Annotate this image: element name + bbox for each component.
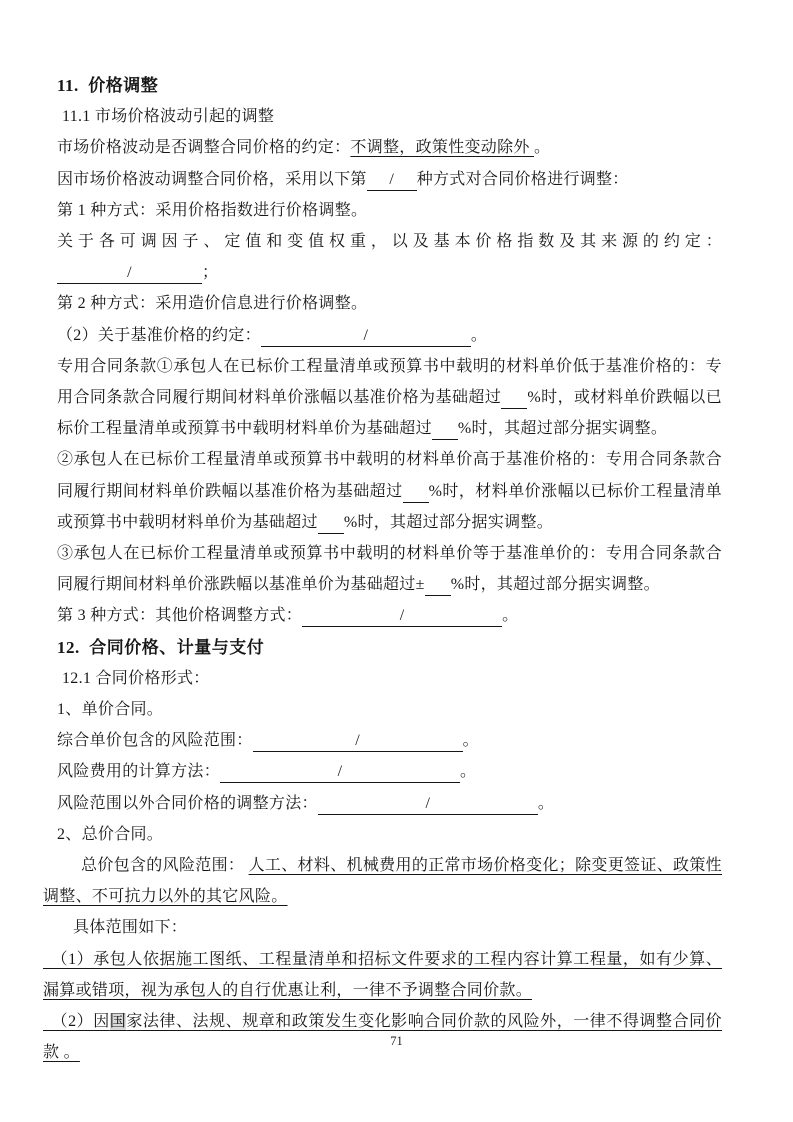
subheading-12-1: 12.1 合同价格形式： bbox=[57, 663, 722, 694]
para-specific-scope-item-1: （1）承包人依据施工图纸、工程量清单和招标文件要求的工程内容计算工程量，如有少算… bbox=[43, 944, 722, 1006]
para-text: %时，其超过部分据实调整。 bbox=[344, 514, 553, 531]
para-unit-price-contract: 1、单价合同。 bbox=[57, 694, 722, 725]
para-lump-sum-contract: 2、总价合同。 bbox=[57, 819, 722, 850]
fill-in-blank bbox=[425, 575, 451, 596]
fill-in-blank: / bbox=[253, 731, 463, 752]
para-clause-2-above-base: ②承包人在已标价工程量清单或预算书中载明的材料单价高于基准价格的：专用合同条款合… bbox=[57, 444, 722, 538]
underlined-answer: （1）承包人依据施工图纸、工程量清单和招标文件要求的工程内容计算工程量，如有少算… bbox=[43, 951, 722, 999]
para-text: 。 bbox=[471, 327, 487, 344]
fill-in-blank bbox=[501, 388, 527, 409]
fill-in-blank bbox=[318, 513, 344, 534]
contract-page-body: 11. 价格调整 11.1 市场价格波动引起的调整 市场价格波动是否调整合同价格… bbox=[57, 70, 722, 1069]
para-text: 。 bbox=[538, 795, 554, 812]
para-text: 。 bbox=[463, 732, 479, 749]
subheading-text: 12.1 合同价格形式： bbox=[62, 670, 210, 687]
heading-section-11: 11. 价格调整 bbox=[57, 70, 722, 101]
para-text: 1、单价合同。 bbox=[57, 701, 163, 718]
para-adjust-method-selector: 因市场价格波动调整合同价格，采用以下第/种方式对合同价格进行调整： bbox=[57, 164, 722, 195]
heading-text: 11. 价格调整 bbox=[57, 76, 158, 95]
para-market-price-agreement: 市场价格波动是否调整合同价格的约定：不调整，政策性变动除外 。 bbox=[57, 132, 722, 163]
para-method-3-other: 第 3 种方式：其他价格调整方式：/。 bbox=[57, 600, 722, 631]
fill-in-blank: / bbox=[220, 762, 460, 783]
fill-in-blank: / bbox=[318, 794, 538, 815]
para-lump-sum-risk-scope: 总价包含的风险范围： 人工、材料、机械费用的正常市场价格变化；除变更签证、政策性… bbox=[43, 850, 722, 912]
page-number: 71 bbox=[0, 1034, 793, 1049]
para-text: %时，其超过部分据实调整。 bbox=[451, 576, 660, 593]
para-base-price-agreement: （2）关于基准价格的约定：/。 bbox=[57, 320, 722, 351]
para-text: 关于各可调因子、定值和变值权重，以及基本价格指数及其来源的约定： bbox=[57, 233, 722, 250]
para-method-1: 第 1 种方式：采用价格指数进行价格调整。 bbox=[57, 195, 722, 226]
para-text: 风险范围以外合同价格的调整方法： bbox=[57, 795, 318, 812]
para-specific-scope-label: 具体范围如下： bbox=[57, 912, 722, 943]
para-clause-3-equal-base: ③承包人在已标价工程量清单或预算书中载明的材料单价等于基准单价的：专用合同条款合… bbox=[57, 538, 722, 600]
para-method-2: 第 2 种方式：采用造价信息进行价格调整。 bbox=[57, 288, 722, 319]
para-text: 。 bbox=[502, 607, 518, 624]
para-text: %时，其超过部分据实调整。 bbox=[458, 420, 667, 437]
para-out-of-scope-adjustment: 风险范围以外合同价格的调整方法：/。 bbox=[57, 788, 722, 819]
para-text: 。 bbox=[534, 139, 550, 156]
highlighted-char: 国 bbox=[110, 1013, 127, 1030]
para-text: 因市场价格波动调整合同价格，采用以下第 bbox=[57, 171, 367, 188]
subheading-11-1: 11.1 市场价格波动引起的调整 bbox=[57, 101, 722, 132]
para-text: 。 bbox=[460, 763, 476, 780]
subheading-text: 11.1 市场价格波动引起的调整 bbox=[62, 108, 274, 125]
para-text: 第 3 种方式：其他价格调整方式： bbox=[57, 607, 302, 624]
para-adjustable-factors: 关于各可调因子、定值和变值权重，以及基本价格指数及其来源的约定：/； bbox=[57, 226, 722, 288]
fill-in-blank: / bbox=[261, 326, 471, 347]
heading-text: 12. 合同价格、计量与支付 bbox=[57, 638, 264, 657]
para-text: 风险费用的计算方法： bbox=[57, 763, 220, 780]
fill-in-blank bbox=[432, 419, 458, 440]
para-text: （2）关于基准价格的约定： bbox=[57, 327, 261, 344]
fill-in-blank bbox=[403, 482, 429, 503]
underlined-answer: 不调整，政策性变动除外 bbox=[350, 139, 534, 156]
fill-in-blank: / bbox=[302, 606, 502, 627]
para-unit-price-risk-scope: 综合单价包含的风险范围：/。 bbox=[57, 725, 722, 756]
para-text: 2、总价合同。 bbox=[57, 826, 163, 843]
heading-section-12: 12. 合同价格、计量与支付 bbox=[57, 632, 722, 663]
para-risk-fee-method: 风险费用的计算方法：/。 bbox=[57, 756, 722, 787]
fill-in-blank: / bbox=[57, 263, 202, 284]
para-text: 第 1 种方式：采用价格指数进行价格调整。 bbox=[57, 202, 367, 219]
fill-in-blank: / bbox=[367, 170, 417, 191]
para-text: 具体范围如下： bbox=[73, 919, 187, 936]
para-text: 种方式对合同价格进行调整： bbox=[417, 171, 629, 188]
para-text: 综合单价包含的风险范围： bbox=[57, 732, 253, 749]
para-text: 市场价格波动是否调整合同价格的约定： bbox=[57, 139, 350, 156]
para-text: 第 2 种方式：采用造价信息进行价格调整。 bbox=[57, 295, 367, 312]
para-text: ； bbox=[202, 264, 218, 281]
underlined-answer: （2）因 bbox=[43, 1013, 110, 1030]
para-clause-1-below-base: 专用合同条款①承包人在已标价工程量清单或预算书中载明的材料单价低于基准价格的：专… bbox=[57, 351, 722, 445]
para-text: 总价包含的风险范围： bbox=[81, 857, 249, 874]
